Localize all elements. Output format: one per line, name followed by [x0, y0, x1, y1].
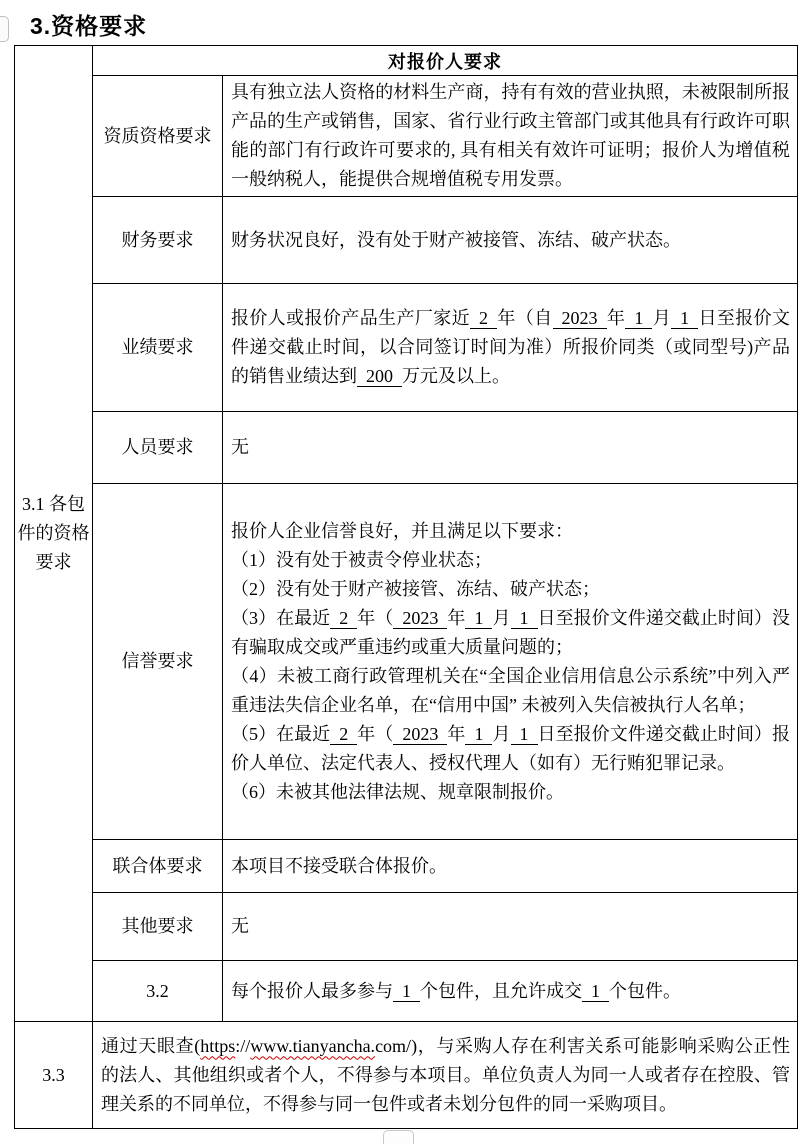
paragraph: （3）在最近2年（2023年1月1日至报价文件递交截止时间）没有骗取成交或严重违… — [231, 604, 790, 662]
text-segment: :// — [235, 1036, 250, 1056]
text-segment: 年 — [447, 608, 465, 628]
filled-blank-value: 2023 — [393, 608, 447, 629]
text-segment: 年（ — [357, 724, 393, 744]
text-segment: 年（ — [357, 608, 393, 628]
text-segment: 万元及以上。 — [402, 366, 510, 386]
page-widget-icon[interactable] — [383, 1130, 414, 1144]
url-text: tianyancha. — [293, 1036, 375, 1056]
cell-qualification-content: 具有独立法人资格的材料生产商，持有有效的营业执照，未被限制所报产品的生产或销售，… — [223, 76, 798, 197]
paragraph: （1）没有处于被责令停业状态； — [231, 546, 790, 575]
group-cell-3-1: 3.1 各包件的资格要求 — [15, 46, 93, 1022]
table-row: 财务要求 财务状况良好，没有处于财产被接管、冻结、破产状态。 — [15, 197, 798, 284]
filled-blank-value: 2 — [470, 308, 497, 329]
text-segment: 年（自 — [497, 308, 553, 328]
cell-consortium-content: 本项目不接受联合体报价。 — [223, 840, 798, 893]
filled-blank-value: 1 — [465, 724, 492, 745]
text-segment: 本项目不接受联合体报价。 — [231, 856, 447, 876]
table-row: 3.2 每个报价人最多参与1个包件，且允许成交1个包件。 — [15, 961, 798, 1022]
text-segment: 报价人或报价产品生产厂家近 — [231, 308, 470, 328]
paragraph: 财务状况良好，没有处于财产被接管、冻结、破产状态。 — [231, 226, 790, 255]
paragraph: （2）没有处于财产被接管、冻结、破产状态； — [231, 575, 790, 604]
table-row: 3.3 通过天眼查(https://www.tianyancha.com/)，与… — [15, 1022, 798, 1129]
text-segment: 月 — [652, 308, 671, 328]
text-segment: 无 — [231, 916, 249, 936]
url-text: www. — [250, 1036, 292, 1056]
text-segment: （6）未被其他法律法规、规章限制报价。 — [231, 782, 564, 802]
page-title: 3.资格要求 — [0, 0, 798, 45]
filled-blank-value: 1 — [511, 724, 538, 745]
text-segment: 财务状况良好，没有处于财产被接管、冻结、破产状态。 — [231, 230, 681, 250]
row-num-3-3: 3.3 — [15, 1022, 93, 1129]
paragraph: 报价人企业信誉良好，并且满足以下要求： — [231, 517, 790, 546]
paragraph: （4）未被工商行政管理机关在“全国企业信用信息公示系统”中列入严重违法失信企业名… — [231, 662, 790, 720]
filled-blank-value: 1 — [625, 308, 652, 329]
paragraph: 报价人或报价产品生产厂家近2年（自2023年1月1日至报价文件递交截止时间，以合… — [231, 304, 790, 391]
paragraph: 每个报价人最多参与1个包件，且允许成交1个包件。 — [231, 977, 790, 1006]
table-row: 其他要求 无 — [15, 893, 798, 961]
filled-blank-value: 1 — [511, 608, 538, 629]
text-segment: （4）未被工商行政管理机关在“全国企业信用信息公示系统”中列入严重违法失信企业名… — [231, 666, 790, 715]
text-segment: 年 — [607, 308, 626, 328]
url-text: com/ — [375, 1036, 411, 1056]
text-segment: 个包件，且允许成交 — [420, 981, 582, 1001]
text-segment: 每个报价人最多参与 — [231, 981, 393, 1001]
filled-blank-value: 2 — [330, 724, 357, 745]
filled-blank-value: 1 — [465, 608, 492, 629]
filled-blank-value: 1 — [582, 981, 609, 1002]
collapse-handle-icon[interactable] — [0, 16, 9, 42]
paragraph: （6）未被其他法律法规、规章限制报价。 — [231, 778, 790, 807]
text-segment: 年 — [447, 724, 465, 744]
table-row: 人员要求 无 — [15, 412, 798, 484]
paragraph: 无 — [231, 912, 790, 941]
paragraph: 具有独立法人资格的材料生产商，持有有效的营业执照，未被限制所报产品的生产或销售，… — [231, 78, 790, 194]
filled-blank-value: 1 — [393, 981, 420, 1002]
text-segment: 个包件。 — [609, 981, 681, 1001]
cell-other-content: 无 — [223, 893, 798, 961]
cell-3-2-content: 每个报价人最多参与1个包件，且允许成交1个包件。 — [223, 961, 798, 1022]
filled-blank-value: 2 — [330, 608, 357, 629]
row-label-financial: 财务要求 — [93, 197, 223, 284]
filled-blank-value: 2023 — [393, 724, 447, 745]
cell-3-3-content: 通过天眼查(https://www.tianyancha.com/)，与采购人存… — [93, 1022, 798, 1129]
row-label-other: 其他要求 — [93, 893, 223, 961]
table-row: 信誉要求 报价人企业信誉良好，并且满足以下要求：（1）没有处于被责令停业状态；（… — [15, 484, 798, 840]
row-label-qualification: 资质资格要求 — [93, 76, 223, 197]
text-segment: 无 — [231, 437, 249, 457]
table-row: 业绩要求 报价人或报价产品生产厂家近2年（自2023年1月1日至报价文件递交截止… — [15, 284, 798, 412]
table-header-bidder-requirements: 对报价人要求 — [93, 46, 798, 76]
row-label-reputation: 信誉要求 — [93, 484, 223, 840]
text-segment: 月 — [492, 724, 510, 744]
paragraph: 通过天眼查(https://www.tianyancha.com/)，与采购人存… — [101, 1032, 790, 1119]
cell-personnel-content: 无 — [223, 412, 798, 484]
row-label-performance: 业绩要求 — [93, 284, 223, 412]
row-num-3-2: 3.2 — [93, 961, 223, 1022]
table-row: 资质资格要求 具有独立法人资格的材料生产商，持有有效的营业执照，未被限制所报产品… — [15, 76, 798, 197]
paragraph: 无 — [231, 433, 790, 462]
paragraph: 本项目不接受联合体报价。 — [231, 852, 790, 881]
filled-blank-value: 2023 — [553, 308, 607, 329]
filled-blank-value: 1 — [671, 308, 698, 329]
row-label-consortium: 联合体要求 — [93, 840, 223, 893]
text-segment: （1）没有处于被责令停业状态； — [231, 550, 492, 570]
filled-blank-value: 200 — [357, 366, 402, 387]
table-row: 联合体要求 本项目不接受联合体报价。 — [15, 840, 798, 893]
url-text: https — [200, 1036, 235, 1056]
qualification-requirements-table: 3.1 各包件的资格要求 对报价人要求 资质资格要求 具有独立法人资格的材料生产… — [14, 45, 798, 1129]
cell-reputation-content: 报价人企业信誉良好，并且满足以下要求：（1）没有处于被责令停业状态；（2）没有处… — [223, 484, 798, 840]
row-label-personnel: 人员要求 — [93, 412, 223, 484]
cell-financial-content: 财务状况良好，没有处于财产被接管、冻结、破产状态。 — [223, 197, 798, 284]
text-segment: 通过天眼查( — [101, 1036, 200, 1056]
text-segment: （3）在最近 — [231, 608, 330, 628]
text-segment: 报价人企业信誉良好，并且满足以下要求： — [231, 521, 573, 541]
text-segment: 月 — [492, 608, 510, 628]
paragraph: （5）在最近2年（2023年1月1日至报价文件递交截止时间）报价人单位、法定代表… — [231, 720, 790, 778]
cell-performance-content: 报价人或报价产品生产厂家近2年（自2023年1月1日至报价文件递交截止时间，以合… — [223, 284, 798, 412]
document-page: 3.资格要求 3.1 各包件的资格要求 对报价人要求 资质资格要求 具有独立法人… — [0, 0, 798, 1129]
text-segment: （5）在最近 — [231, 724, 330, 744]
text-segment: 具有独立法人资格的材料生产商，持有有效的营业执照，未被限制所报产品的生产或销售，… — [231, 82, 790, 189]
text-segment: （2）没有处于财产被接管、冻结、破产状态； — [231, 579, 600, 599]
